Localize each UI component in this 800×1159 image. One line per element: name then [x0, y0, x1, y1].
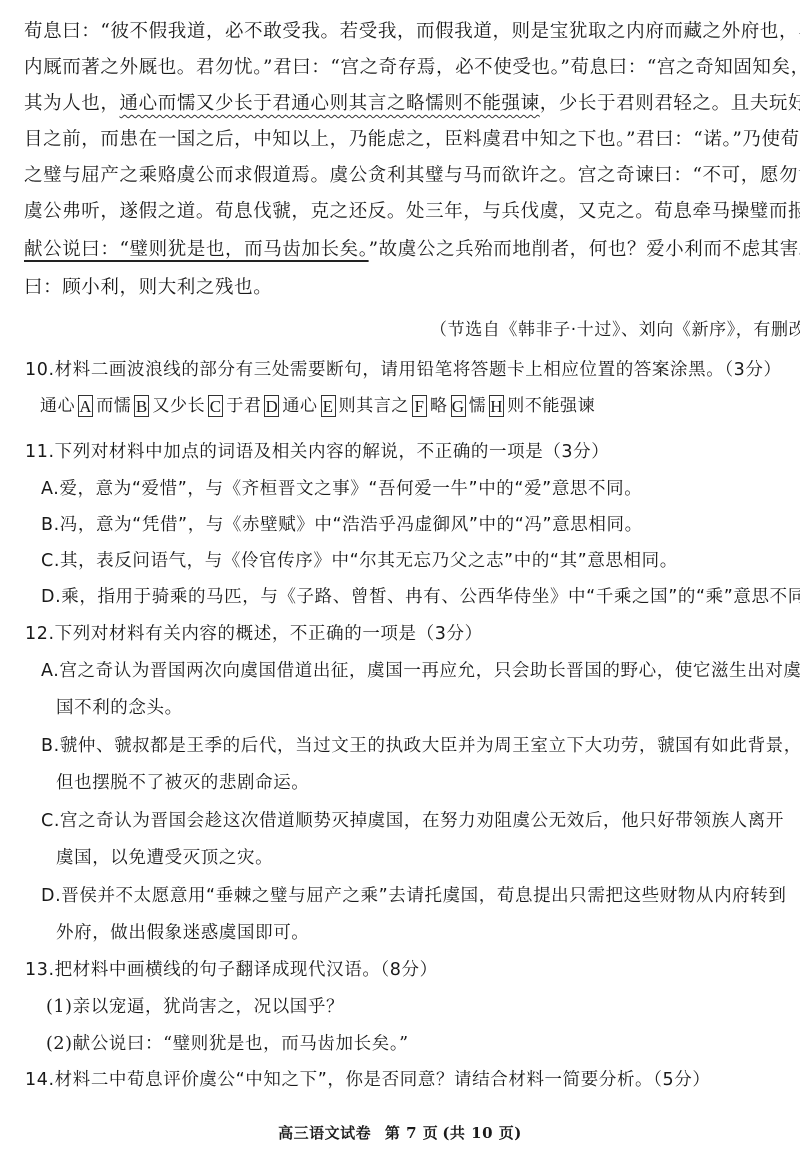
break-box-a[interactable]: A: [78, 395, 93, 417]
option-b-continued: 但也摆脱不了被灭的悲剧命运。: [56, 771, 309, 795]
question-stem: 12.下列对材料有关内容的概述，不正确的一项是（3分）: [25, 622, 483, 646]
break-box-h[interactable]: H: [489, 395, 504, 417]
text-segment: 于君: [226, 394, 261, 418]
text-segment: 通心: [282, 394, 317, 418]
text-segment: 而懦: [96, 394, 131, 418]
break-box-e[interactable]: E: [321, 395, 336, 417]
option-d-continued: 外府，做出假象迷惑虞国即可。: [56, 921, 309, 945]
option-c[interactable]: C.其，表反问语气，与《伶官传序》中“尔其无忘乃父之志”中的“其”意思相同。: [41, 549, 678, 573]
text-segment: 则其言之: [339, 394, 409, 418]
translation-item-1: (1)亲以宠逼，犹尚害之，况以国乎？: [46, 995, 344, 1019]
text-segment: 则不能强谏: [507, 394, 595, 418]
question-stem: 14.材料二中荀息评价虞公“中知之下”，你是否同意？请结合材料一简要分析。（5分…: [25, 1068, 710, 1092]
option-a-continued: 国不利的念头。: [56, 696, 183, 720]
text-segment: 又少长: [152, 394, 205, 418]
option-a[interactable]: A.宫之奇认为晋国两次向虞国借道出征，虞国一再应允，只会助长晋国的野心，使它滋生…: [41, 659, 800, 683]
break-box-f[interactable]: F: [412, 395, 427, 417]
option-c-continued: 虞国，以免遭受灭顶之灾。: [56, 846, 273, 870]
passage-line: 献公说曰：“璧则犹是也，而马齿加长矣。”故虞公之兵殆而地削者，何也？爱小利而不虑…: [24, 238, 800, 262]
break-box-g[interactable]: G: [451, 395, 466, 417]
passage-line: 内厩而著之外厩也。君勿忧。”君曰：“宫之奇存焉，必不使受也。”荀息曰：“宫之奇知…: [24, 56, 800, 80]
sentence-break-options: 通心 A 而懦 B 又少长 C 于君 D 通心 E 则其言之 F 略 G 懦 H…: [40, 394, 595, 418]
passage-line: 荀息曰：“彼不假我道，必不敢受我。若受我，而假我道，则是宝犹取之内府而藏之外府也…: [24, 20, 800, 44]
total-pages: (共 10 页): [442, 1124, 522, 1142]
option-b[interactable]: B.虢仲、虢叔都是王季的后代，当过文王的执政大臣并为周王室立下大功劳，虢国有如此…: [41, 734, 800, 758]
passage-line: 虞公弗听，遂假之道。荀息伐虢，克之还反。处三年，与兵伐虞，又克之。荀息牵马操璧而…: [24, 200, 800, 224]
page-footer: 高三语文试卷 第 7 页(共 10 页): [0, 1122, 800, 1143]
break-box-b[interactable]: B: [134, 395, 149, 417]
text-segment: 通心: [40, 394, 75, 418]
question-stem: 11.下列对材料中加点的词语及相关内容的解说，不正确的一项是（3分）: [25, 440, 609, 464]
exam-title: 高三语文试卷: [278, 1124, 371, 1142]
option-d[interactable]: D.晋侯并不太愿意用“垂棘之璧与屈产之乘”去请托虞国，荀息提出只需把这些财物从内…: [41, 884, 786, 908]
break-box-d[interactable]: D: [264, 395, 279, 417]
passage-line: 目之前，而患在一国之后，中知以上，乃能虑之，臣料虞君中知之下也。”君曰：“诺。”…: [24, 128, 800, 152]
page-number: 第 7 页: [385, 1124, 438, 1142]
translation-item-2: (2)献公说曰：“璧则犹是也，而马齿加长矣。”: [46, 1032, 409, 1056]
underlined-sentence: 献公说曰：“璧则犹是也，而马齿加长矣。: [24, 239, 369, 260]
wavy-underlined-text: 通心而懦又少长于君通心则其言之略懦则不能强谏: [120, 93, 540, 114]
passage-line: 曰：顾小利，则大利之残也。: [24, 276, 272, 300]
question-stem: 13.把材料中画横线的句子翻译成现代汉语。（8分）: [25, 958, 438, 982]
question-stem: 10.材料二画波浪线的部分有三处需要断句，请用铅笔将答题卡上相应位置的答案涂黑。…: [25, 358, 782, 382]
text-segment: 略: [430, 394, 448, 418]
passage-line: 其为人也，通心而懦又少长于君通心则其言之略懦则不能强谏，少长于君则君轻之。且夫玩…: [24, 92, 800, 116]
option-d[interactable]: D.乘，指用于骑乘的马匹，与《子路、曾皙、冉有、公西华侍坐》中“千乘之国”的“乘…: [41, 585, 800, 609]
option-a[interactable]: A.爱，意为“爱惜”，与《齐桓晋文之事》“吾何爱一牛”中的“爱”意思不同。: [41, 477, 642, 501]
passage-source: （节选自《韩非子·十过》、刘向《新序》，有删改）: [430, 318, 800, 342]
text-segment: 懦: [469, 394, 487, 418]
passage-line: 之璧与屈产之乘赂虞公而求假道焉。虞公贪利其璧与马而欲许之。宫之奇谏曰：“不可，愿…: [24, 164, 800, 188]
option-b[interactable]: B.冯，意为“凭借”，与《赤壁赋》中“浩浩乎冯虚御风”中的“冯”意思相同。: [41, 513, 643, 537]
option-c[interactable]: C.宫之奇认为晋国会趁这次借道顺势灭掉虞国，在努力劝阻虞公无效后，他只好带领族人…: [41, 809, 784, 833]
break-box-c[interactable]: C: [208, 395, 223, 417]
